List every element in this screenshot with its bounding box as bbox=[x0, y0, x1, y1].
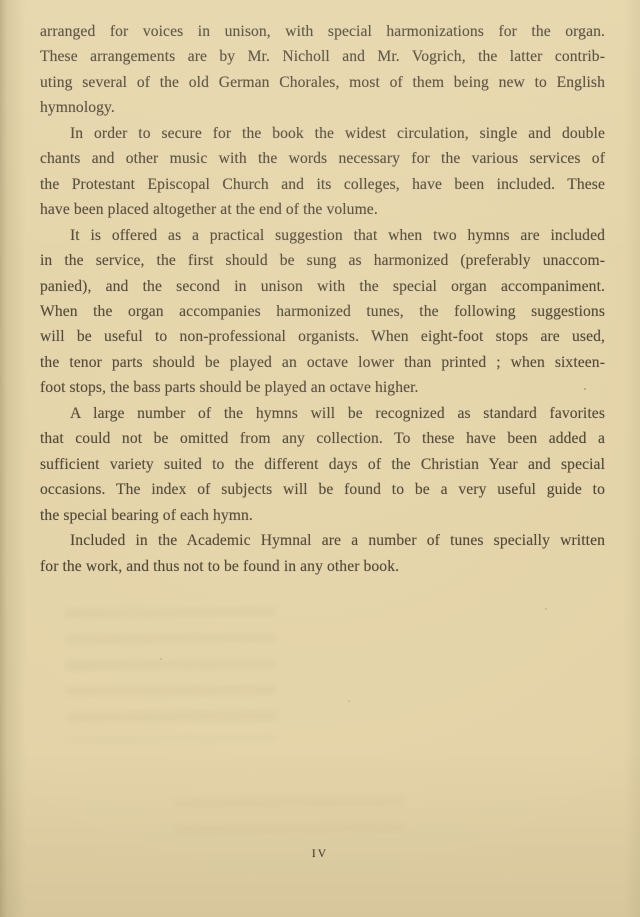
text-line: have been placed altogether at the end o… bbox=[40, 197, 605, 222]
text-line: arranged for voices in unison, with spec… bbox=[40, 19, 605, 44]
scan-speckles bbox=[0, 0, 2, 2]
text-line: When the organ accompanies harmonized tu… bbox=[40, 299, 605, 324]
text-line: for the work, and thus not to be found i… bbox=[40, 554, 605, 579]
text-line: In order to secure for the book the wide… bbox=[40, 121, 605, 146]
text-line: sufficient variety suited to the differe… bbox=[40, 452, 605, 477]
text-line: that could not be omitted from any colle… bbox=[40, 426, 605, 451]
body-text: arranged for voices in unison, with spec… bbox=[40, 0, 605, 579]
text-line: will be useful to non-professional organ… bbox=[40, 324, 605, 349]
text-line: in the service, the first should be sung… bbox=[40, 248, 605, 273]
text-line: A large number of the hymns will be reco… bbox=[40, 401, 605, 426]
page-number: IV bbox=[0, 848, 640, 860]
text-line: hymnology. bbox=[40, 95, 605, 120]
text-line: uting several of the old German Chorales… bbox=[40, 70, 605, 95]
text-line: the Protestant Episcopal Church and its … bbox=[40, 172, 605, 197]
text-line: chants and other music with the words ne… bbox=[40, 146, 605, 171]
text-line: These arrangements are by Mr. Nicholl an… bbox=[40, 44, 605, 69]
text-line: It is offered as a practical suggestion … bbox=[40, 223, 605, 248]
reverse-page-showthrough bbox=[65, 607, 276, 741]
text-line: foot stops, the bass parts should be pla… bbox=[40, 375, 605, 400]
text-line: the special bearing of each hymn. bbox=[40, 503, 605, 528]
book-page: arranged for voices in unison, with spec… bbox=[0, 0, 640, 917]
text-line: the tenor parts should be played an octa… bbox=[40, 350, 605, 375]
text-line: Included in the Academic Hymnal are a nu… bbox=[40, 528, 605, 553]
reverse-page-showthrough bbox=[175, 797, 405, 841]
text-line: panied), and the second in unison with t… bbox=[40, 274, 605, 299]
text-line: occasions. The index of subjects will be… bbox=[40, 477, 605, 502]
